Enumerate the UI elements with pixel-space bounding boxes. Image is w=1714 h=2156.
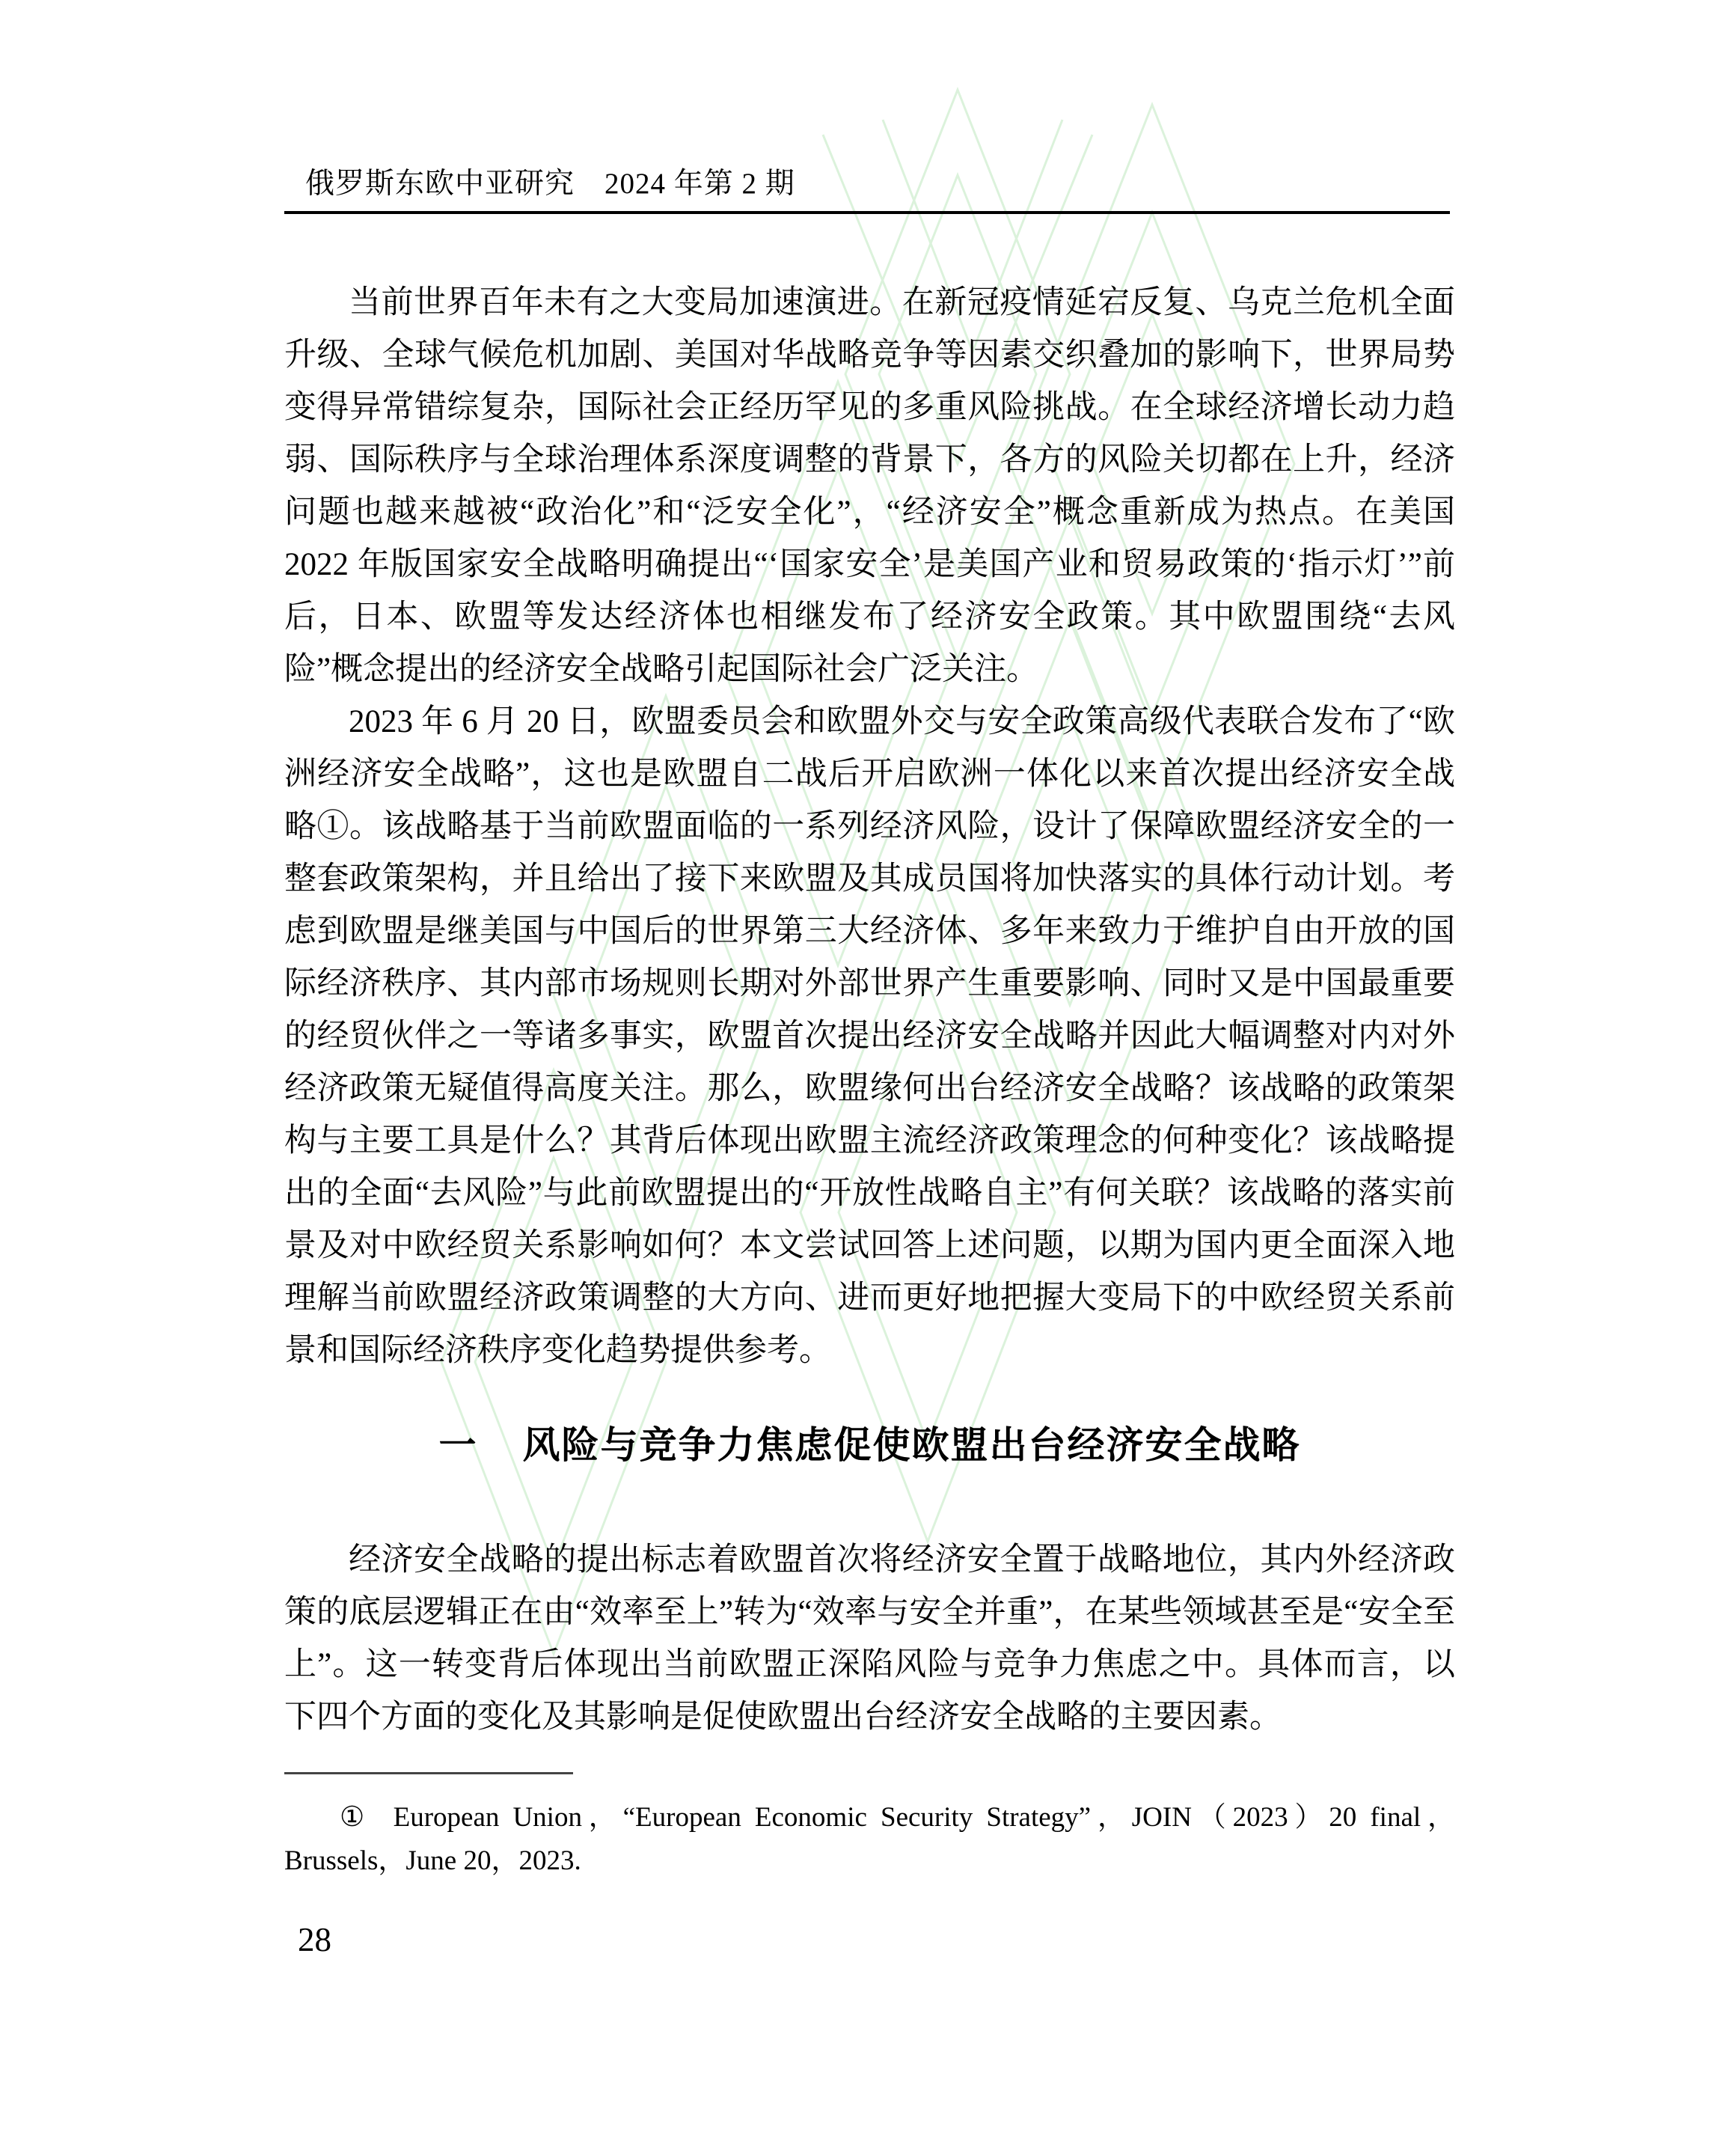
footnote-marker: ① bbox=[340, 1802, 371, 1833]
paragraph-intro: 当前世界百年未有之大变局加速演进。在新冠疫情延宕反复、乌克兰危机全面升级、全球气… bbox=[284, 277, 1455, 696]
footnote-text: European Union，“European Economic Securi… bbox=[284, 1802, 1455, 1876]
footnote-separator bbox=[284, 1772, 573, 1774]
section-heading: 一风险与竞争力焦虑促使欧盟出台经济安全战略 bbox=[284, 1420, 1455, 1470]
footnote: ①European Union，“European Economic Secur… bbox=[284, 1796, 1455, 1883]
journal-running-head: 俄罗斯东欧中亚研究 2024 年第 2 期 bbox=[305, 160, 795, 202]
page-number: 28 bbox=[298, 1920, 331, 1959]
article-body: 当前世界百年未有之大变局加速演进。在新冠疫情延宕反复、乌克兰危机全面升级、全球气… bbox=[284, 277, 1455, 1744]
paragraph-strategy-release: 2023 年 6 月 20 日，欧盟委员会和欧盟外交与安全政策高级代表联合发布了… bbox=[284, 696, 1455, 1377]
header-rule bbox=[284, 211, 1450, 214]
section-title: 风险与竞争力焦虑促使欧盟出台经济安全战略 bbox=[523, 1424, 1301, 1466]
journal-page: 俄罗斯东欧中亚研究 2024 年第 2 期 当前世界百年未有之大变局加速演进。在… bbox=[0, 0, 1714, 2156]
section-number: 一 bbox=[439, 1424, 478, 1466]
paragraph-section-lead: 经济安全战略的提出标志着欧盟首次将经济安全置于战略地位，其内外经济政策的底层逻辑… bbox=[284, 1534, 1455, 1744]
